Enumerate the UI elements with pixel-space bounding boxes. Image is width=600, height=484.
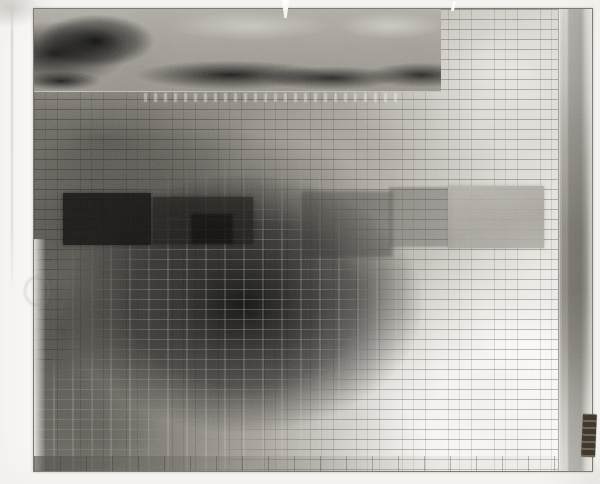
border-ring-artifact <box>24 276 50 306</box>
scanned-print: Archival black-and-white photograph of a… <box>0 0 600 484</box>
corner-smudge <box>0 0 40 28</box>
archive-label <box>581 414 597 458</box>
plate-edge-line <box>11 4 13 294</box>
brick-wall-photograph: Archival black-and-white photograph of a… <box>33 8 593 472</box>
film-grain-overlay <box>34 9 593 472</box>
